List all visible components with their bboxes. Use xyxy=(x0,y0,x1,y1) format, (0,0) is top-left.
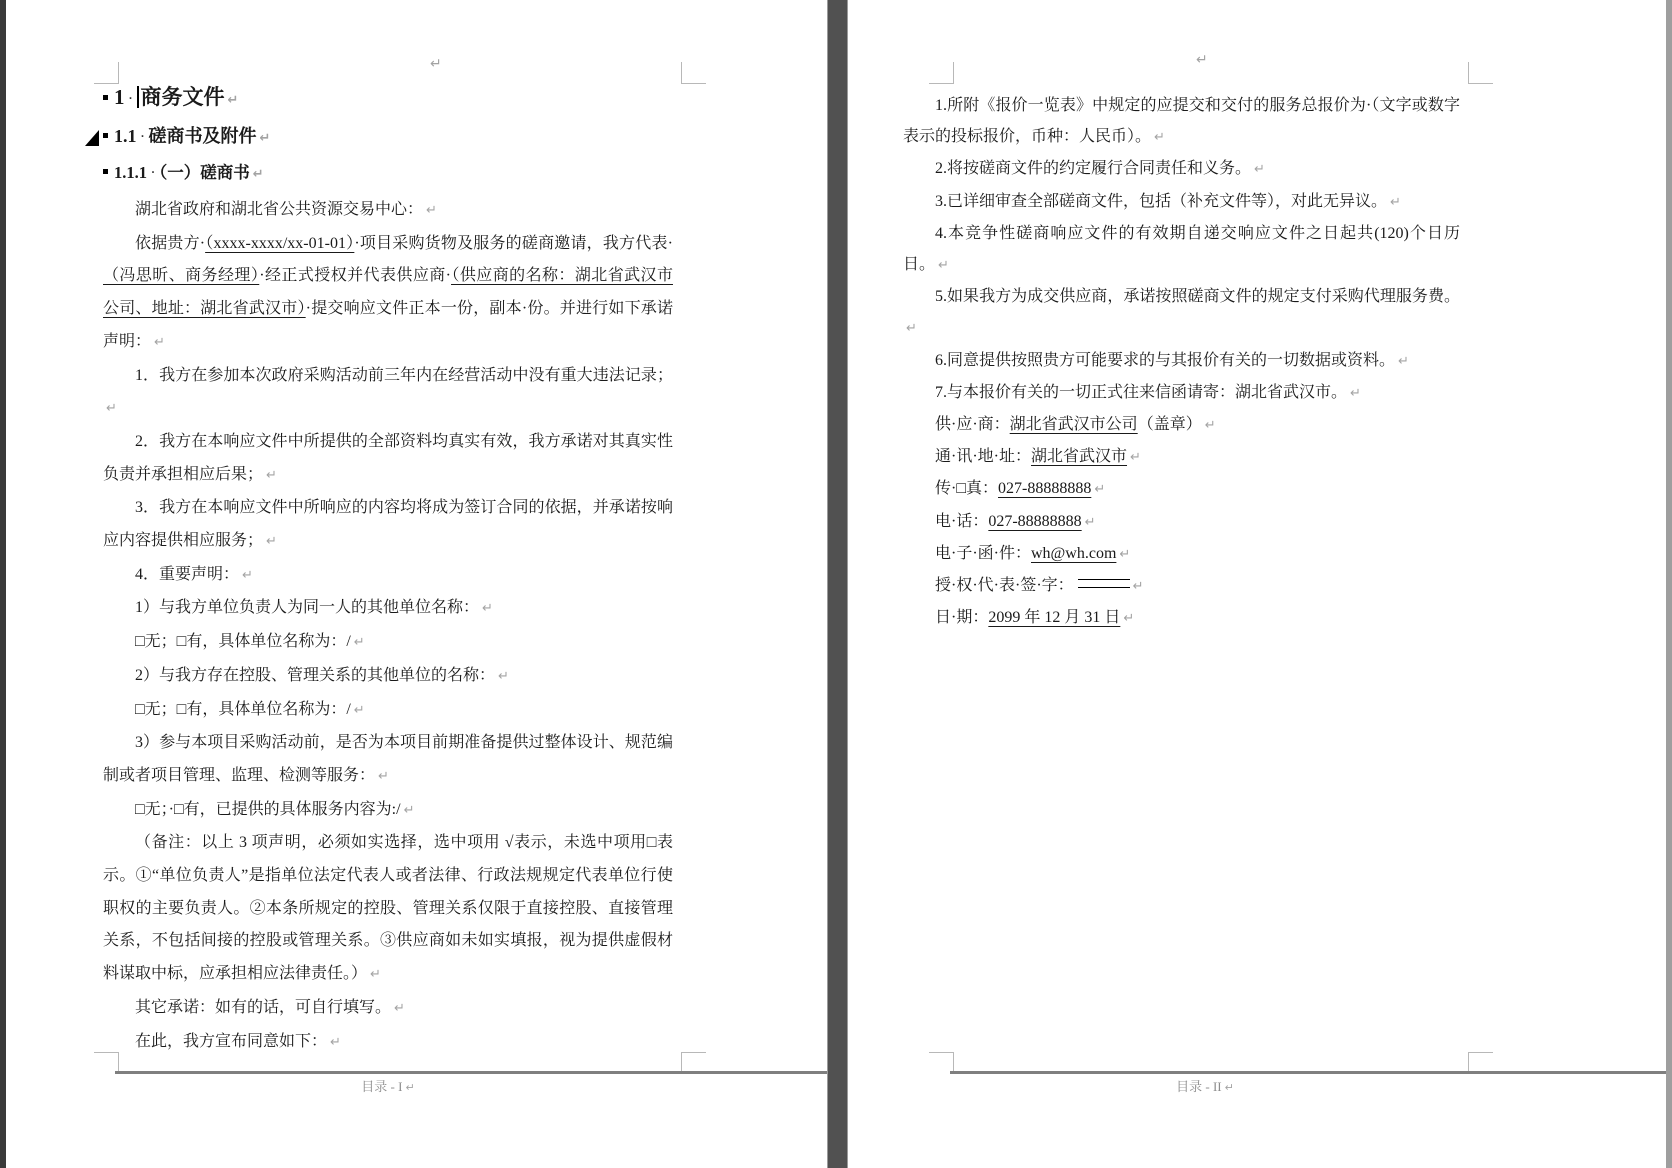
paragraph: 3）参与本项目采购活动前，是否为本项目前期准备提供过整体设计、规范编制或者项目管… xyxy=(103,727,673,793)
text-run: 4．重要声明： xyxy=(135,566,239,583)
paragraph-mark-icon: ↵ xyxy=(154,327,165,360)
text-run: 2）与我方存在控股、管理关系的其他单位的名称： xyxy=(135,667,495,684)
underlined-text: （冯思昕、商务经理） xyxy=(103,267,259,284)
text-run: 其它承诺：如有的话，可自行填写。 xyxy=(135,999,391,1016)
paragraph-mark-icon: ↵ xyxy=(1398,346,1409,377)
page-divider xyxy=(827,0,848,1168)
underlined-text: 湖北省武汉市 xyxy=(1031,448,1127,465)
paragraph: 7.与本报价有关的一切正式往来信函请寄：湖北省武汉市。↵ xyxy=(903,377,1460,409)
footer-label: 目录 - I xyxy=(361,1079,402,1094)
heading-bullet-icon xyxy=(103,95,108,100)
paragraph: 1）与我方单位负责人为同一人的其他单位名称：↵ xyxy=(103,592,673,626)
text-run: 电·子·函·件： xyxy=(935,545,1031,562)
paragraph: 授·权·代·表·签·字：↵ xyxy=(903,570,1460,602)
text-cursor xyxy=(137,86,139,108)
paragraph-mark-icon: ↵ xyxy=(906,313,917,344)
heading-1: 1·商务文件↵ xyxy=(103,84,673,114)
text-run: 3．我方在本响应文件中所响应的内容均将成为签订合同的依据，并承诺按响应内容提供相… xyxy=(103,499,673,549)
text-run: 1.所附《报价一览表》中规定的应提交和交付的服务总报价为·（文字或数字表示的投标… xyxy=(903,97,1460,145)
underlined-text: 027-88888888 xyxy=(998,480,1091,497)
canvas-edge-left xyxy=(0,0,6,1168)
paragraph: 供·应·商：湖北省武汉市公司（盖章）↵ xyxy=(903,409,1460,441)
page-1-body: 湖北省政府和湖北省公共资源交易中心：↵依据贵方·（xxxx-xxxx/xx-01… xyxy=(103,194,673,1059)
underlined-text: （xxxx-xxxx/xx-01-01） xyxy=(205,235,354,252)
paragraph-mark-icon: ↵ xyxy=(498,661,509,694)
paragraph-mark-icon: ↵ xyxy=(426,195,437,228)
paragraph: 电·子·函·件：wh@wh.com↵ xyxy=(903,538,1460,570)
paragraph-mark-icon: ↵ xyxy=(405,1081,414,1094)
paragraph-mark-icon: ↵ xyxy=(242,560,253,593)
paragraph: 3．我方在本响应文件中所响应的内容均将成为签订合同的依据，并承诺按响应内容提供相… xyxy=(103,492,673,558)
space-mark-icon: · xyxy=(141,129,145,143)
text-run: □无；·□有，已提供的具体服务内容为:/ xyxy=(135,801,401,818)
heading-title: （一）磋商书 xyxy=(159,163,250,182)
paragraph: 2）与我方存在控股、管理关系的其他单位的名称：↵ xyxy=(103,660,673,694)
page-2-footer: 目录 - II↵ xyxy=(903,1076,1507,1095)
text-run: □无；□有，具体单位名称为：/ xyxy=(135,701,351,718)
paragraph-mark-icon: ↵ xyxy=(354,627,365,660)
space-mark-icon: · xyxy=(129,91,133,105)
paragraph-mark-icon: ↵ xyxy=(1119,539,1130,570)
paragraph: 5.如果我方为成交供应商，承诺按照磋商文件的规定支付采购代理服务费。↵ xyxy=(903,281,1460,344)
crop-mark-icon xyxy=(1468,62,1493,84)
text-run: 7.与本报价有关的一切正式往来信函请寄：湖北省武汉市。 xyxy=(935,384,1347,401)
paragraph: 通·讯·地·址：湖北省武汉市↵ xyxy=(903,441,1460,473)
paragraph-mark-icon: ↵ xyxy=(394,993,405,1026)
heading-bullet-icon xyxy=(103,169,108,174)
paragraph-mark-icon: ↵ xyxy=(1350,378,1361,409)
paragraph: 2.将按磋商文件的约定履行合同责任和义务。↵ xyxy=(903,153,1460,185)
text-run: 电·话： xyxy=(935,513,988,530)
footer-separator-line xyxy=(115,1071,827,1074)
paragraph: □无；□有，具体单位名称为：/↵ xyxy=(103,626,673,660)
text-run: 2.将按磋商文件的约定履行合同责任和义务。 xyxy=(935,160,1251,177)
text-run: 1．我方在参加本次政府采购活动前三年内在经营活动中没有重大违法记录； xyxy=(135,367,673,384)
paragraph: 传·□真：027-88888888↵ xyxy=(903,473,1460,505)
paragraph-mark-icon: ↵ xyxy=(1123,603,1134,634)
paragraph-mark-icon: ↵ xyxy=(482,593,493,626)
paragraph: 日·期：2099 年 12 月 31 日↵ xyxy=(903,602,1460,634)
text-run: 4.本竞争性磋商响应文件的有效期自递交响应文件之日起共(120)个日历日。 xyxy=(903,225,1460,273)
heading-number: 1 xyxy=(114,85,125,109)
crop-mark-icon xyxy=(929,62,954,84)
paragraph: 6.同意提供按照贵方可能要求的与其报价有关的一切数据或资料。↵ xyxy=(903,345,1460,377)
text-run: 3.已详细审查全部磋商文件，包括（补充文件等），对此无异议。 xyxy=(935,193,1387,210)
paragraph-mark-icon: ↵ xyxy=(1196,52,1208,68)
paragraph: 在此，我方宣布同意如下：↵ xyxy=(103,1026,673,1060)
underlined-text: 027-88888888 xyxy=(988,513,1081,530)
paragraph-mark-icon: ↵ xyxy=(253,164,264,186)
paragraph-mark-icon: ↵ xyxy=(106,393,117,426)
paragraph: 4.本竞争性磋商响应文件的有效期自递交响应文件之日起共(120)个日历日。↵ xyxy=(903,218,1460,281)
page-1-headings: 1·商务文件↵1.1·磋商书及附件↵1.1.1·（一）磋商书↵ xyxy=(103,84,673,186)
paragraph-mark-icon: ↵ xyxy=(378,761,389,794)
page-1-footer: 目录 - I↵ xyxy=(103,1076,673,1095)
page-2-body: 1.所附《报价一览表》中规定的应提交和交付的服务总报价为·（文字或数字表示的投标… xyxy=(903,90,1460,634)
outline-triangle-icon xyxy=(85,130,99,146)
page-1-content: 1·商务文件↵1.1·磋商书及附件↵1.1.1·（一）磋商书↵ 湖北省政府和湖北… xyxy=(103,84,673,1059)
paragraph-mark-icon: ↵ xyxy=(430,56,442,72)
paragraph: 4．重要声明：↵ xyxy=(103,559,673,593)
text-run: （盖章） xyxy=(1138,416,1202,433)
text-run: 传·□真： xyxy=(935,480,998,497)
heading-1.1.1: 1.1.1·（一）磋商书↵ xyxy=(103,161,673,186)
text-run: 5.如果我方为成交供应商，承诺按照磋商文件的规定支付采购代理服务费。 xyxy=(935,288,1460,305)
underlined-text: 2099 年 12 月 31 日 xyxy=(988,609,1120,626)
text-run: 授·权·代·表·签·字： xyxy=(935,577,1074,594)
text-run: 6.同意提供按照贵方可能要求的与其报价有关的一切数据或资料。 xyxy=(935,352,1395,369)
heading-title: 商务文件 xyxy=(141,85,225,109)
underlined-text: 湖北省武汉市公司 xyxy=(1010,416,1138,433)
paragraph-mark-icon: ↵ xyxy=(1133,571,1144,602)
paragraph-mark-icon: ↵ xyxy=(266,526,277,559)
paragraph-mark-icon: ↵ xyxy=(404,795,415,828)
paragraph-mark-icon: ↵ xyxy=(354,695,365,728)
text-run: □无；□有，具体单位名称为：/ xyxy=(135,633,351,650)
heading-title: 磋商书及附件 xyxy=(149,126,257,146)
text-run: （备注：以上 3 项声明，必须如实选择，选中项用 √表示，未选中项用□表示。①“… xyxy=(103,834,673,982)
paragraph: □无；·□有，已提供的具体服务内容为:/↵ xyxy=(103,794,673,828)
text-run: 湖北省政府和湖北省公共资源交易中心： xyxy=(135,201,423,218)
paragraph-mark-icon: ↵ xyxy=(1205,410,1216,441)
paragraph: 3.已详细审查全部磋商文件，包括（补充文件等），对此无异议。↵ xyxy=(903,186,1460,218)
word-document-view: ↵ ↵ 1·商务文件↵1.1·磋商书及附件↵1.1.1·（一）磋商书↵ 湖北省政… xyxy=(0,0,1672,1168)
canvas-edge-right xyxy=(1666,0,1672,1168)
paragraph-mark-icon: ↵ xyxy=(1094,474,1105,505)
heading-bullet-icon xyxy=(103,133,108,138)
paragraph-mark-icon: ↵ xyxy=(260,127,271,151)
paragraph: □无；□有，具体单位名称为：/↵ xyxy=(103,694,673,728)
paragraph: 1.所附《报价一览表》中规定的应提交和交付的服务总报价为·（文字或数字表示的投标… xyxy=(903,90,1460,153)
paragraph-mark-icon: ↵ xyxy=(1390,187,1401,218)
paragraph-mark-icon: ↵ xyxy=(228,88,239,114)
signature-blank-line xyxy=(1078,579,1130,588)
text-run: 通·讯·地·址： xyxy=(935,448,1031,465)
heading-1.1: 1.1·磋商书及附件↵ xyxy=(103,124,673,151)
paragraph-mark-icon: ↵ xyxy=(1085,507,1096,538)
paragraph: 其它承诺：如有的话，可自行填写。↵ xyxy=(103,992,673,1026)
paragraph-mark-icon: ↵ xyxy=(1225,1081,1234,1094)
paragraph: 1．我方在参加本次政府采购活动前三年内在经营活动中没有重大违法记录；↵ xyxy=(103,360,673,426)
heading-number: 1.1.1 xyxy=(114,163,147,182)
paragraph: 湖北省政府和湖北省公共资源交易中心：↵ xyxy=(103,194,673,228)
text-run: 2．我方在本响应文件中所提供的全部资料均真实有效，我方承诺对其真实性负责并承担相… xyxy=(103,433,673,483)
text-run: ·经正式授权并代表供应商· xyxy=(259,267,451,284)
paragraph: 依据贵方·（xxxx-xxxx/xx-01-01）·项目采购货物及服务的磋商邀请… xyxy=(103,228,673,360)
paragraph-mark-icon: ↵ xyxy=(1130,442,1141,473)
crop-mark-icon xyxy=(681,62,706,84)
paragraph-mark-icon: ↵ xyxy=(330,1027,341,1060)
paragraph: 电·话：027-88888888↵ xyxy=(903,506,1460,538)
text-run: 供·应·商： xyxy=(935,416,1010,433)
paragraph: 2．我方在本响应文件中所提供的全部资料均真实有效，我方承诺对其真实性负责并承担相… xyxy=(103,426,673,492)
footer-label: 目录 - II xyxy=(1176,1079,1222,1094)
text-run: 日·期： xyxy=(935,609,988,626)
heading-number: 1.1 xyxy=(114,126,137,146)
space-mark-icon: · xyxy=(151,165,155,179)
paragraph-mark-icon: ↵ xyxy=(266,460,277,493)
paragraph: （备注：以上 3 项声明，必须如实选择，选中项用 √表示，未选中项用□表示。①“… xyxy=(103,827,673,992)
footer-separator-line xyxy=(950,1071,1666,1074)
crop-mark-icon xyxy=(94,62,119,84)
paragraph-mark-icon: ↵ xyxy=(1154,122,1165,153)
text-run: ·项目采购货物及服务的磋商邀请，我方代表· xyxy=(354,235,673,252)
paragraph-mark-icon: ↵ xyxy=(938,250,949,281)
text-run: 依据贵方· xyxy=(135,235,205,252)
text-run: 1）与我方单位负责人为同一人的其他单位名称： xyxy=(135,599,479,616)
paragraph-mark-icon: ↵ xyxy=(370,959,381,992)
underlined-text: wh@wh.com xyxy=(1031,545,1116,562)
paragraph-mark-icon: ↵ xyxy=(1254,154,1265,185)
page-2-content: 1.所附《报价一览表》中规定的应提交和交付的服务总报价为·（文字或数字表示的投标… xyxy=(903,90,1460,634)
text-run: 在此，我方宣布同意如下： xyxy=(135,1033,327,1050)
